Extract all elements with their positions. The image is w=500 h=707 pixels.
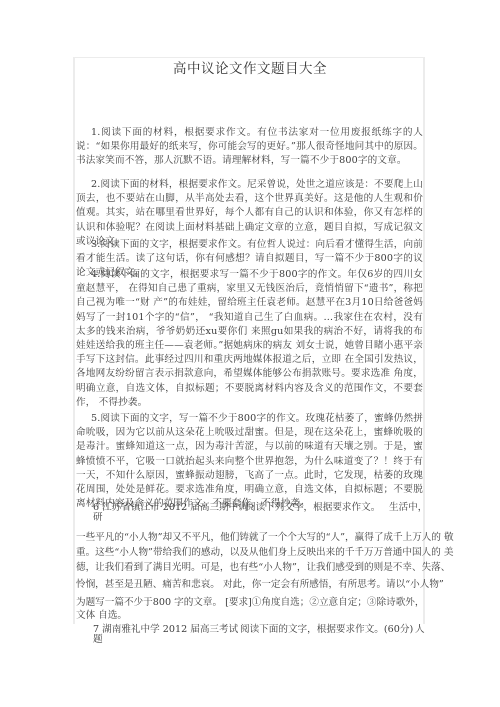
q6-line-2: 重。这些“小人物”带给我们的感动，以及从他们身上反映出来的千千万万普通中国人的 … (76, 547, 453, 559)
question-1: 1.阅读下面的材料，根据要求作文。有位书法家对一位用废报纸练字的人说：“如果你用… (76, 126, 423, 169)
question-5: 5.阅读下面的文字，写一篇不少于800字的作文。玫瑰花枯萎了，蜜蜂仍然拼命吮吸，… (76, 412, 423, 511)
q6-line-3: 德，让我们看到了满目光明。可是，也有些“小人物”，让我们感受到的则是不幸、失落、 (76, 562, 450, 574)
q7-source: 7 湖南雅礼中学 2012 届高三考试 (93, 624, 238, 636)
q6-line-5: 为题写一篇不少于800 字的文章。 [要求]①角度自选；②立意自定；③除诗歌外， (76, 597, 425, 609)
q6-instruction: 阅读下列文字，根据要求作文。 (246, 502, 380, 514)
q7-lead: 人 (415, 624, 425, 636)
q6-line-4: 怜悯，甚至是丑陋、痛苦和悲哀。 对此，你一定会有所感悟，有所思考。请以“小人物” (76, 579, 444, 591)
q7-instruction: 阅读下面的文字，根据要求作文。(60分) (240, 624, 413, 636)
q6-lead: 生活中， (389, 502, 427, 514)
document-title: 高中议论文作文题目大全 (0, 57, 500, 77)
question-4: 4.阅读下面的文字，根据要求写一篇不少于800字的作文。年仅6岁的四川女童赵慧平… (76, 268, 423, 410)
q6-line-1: 一些平凡的“小人物”却又不平凡，他们铸就了一个个大写的“人”，赢得了成千上万人的… (76, 532, 454, 544)
q7-source-wrap: 题 (93, 634, 103, 646)
q6-line-6: 文体 自选。 (76, 610, 127, 622)
q6-source: 6 江苏省镇江市 2012 届高三期中调 (93, 502, 248, 514)
q6-source-wrap: 研 (93, 512, 103, 524)
